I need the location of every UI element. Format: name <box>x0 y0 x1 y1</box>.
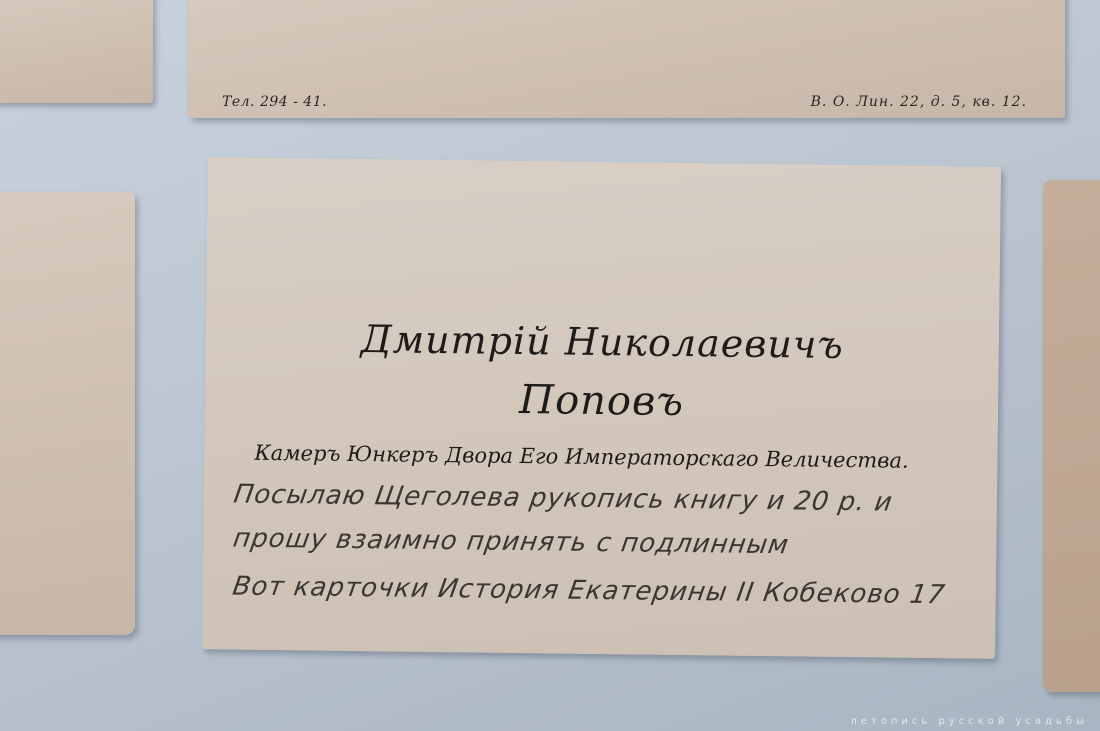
card-phone-number: Тел. 294 - 41. <box>222 94 327 110</box>
card-top-address: Тел. 294 - 41. В. О. Лин. 22, д. 5, кв. … <box>188 0 1065 118</box>
card-given-names: Дмитрiй Николаевичъ <box>206 315 999 369</box>
card-mid-left <box>0 192 135 635</box>
calling-card-popov: Дмитрiй Николаевичъ Поповъ Камеръ Юнкеръ… <box>202 157 1001 659</box>
handwritten-line-1: Посылаю Щеголева рукопись книгу и 20 р. … <box>232 480 895 518</box>
card-right-edge <box>1043 180 1100 692</box>
card-surname: Поповъ <box>205 373 999 429</box>
card-court-title: Камеръ Юнкеръ Двора Его Императорскаго В… <box>254 441 1047 475</box>
card-top-left <box>0 0 153 103</box>
handwritten-line-3: Вот карточки История Екатерины II Кобеко… <box>231 572 948 611</box>
handwritten-line-2: прошу взаимно принять с подлинным <box>231 524 791 561</box>
watermark-text: летопись русской усадьбы <box>850 716 1088 727</box>
card-address: В. О. Лин. 22, д. 5, кв. 12. <box>811 94 1027 110</box>
